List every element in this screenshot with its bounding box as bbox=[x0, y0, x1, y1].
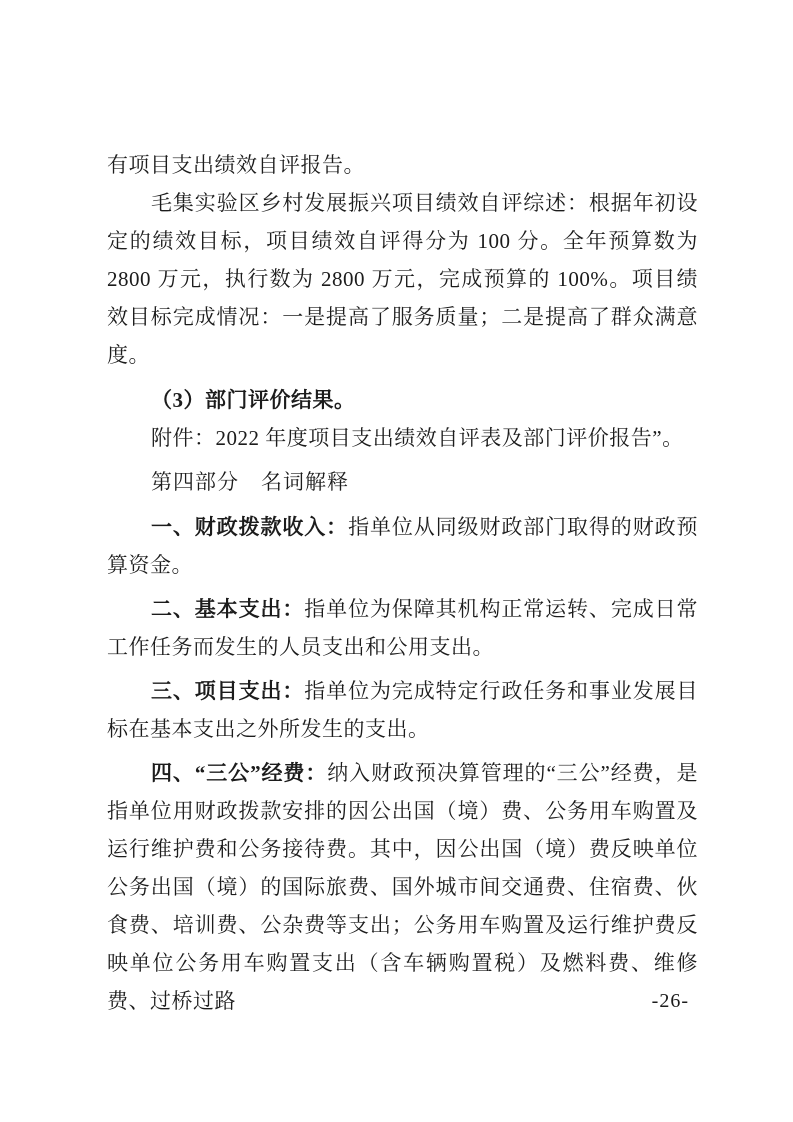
term-label: 二、基本支出： bbox=[151, 597, 304, 621]
page-number: -26- bbox=[652, 990, 689, 1013]
term-project-expenditure: 三、项目支出：指单位为完成特定行政任务和事业发展目标在基本支出之外所发生的支出。 bbox=[107, 672, 698, 748]
paragraph-self-eval-summary: 毛集实验区乡村发展振兴项目绩效自评综述：根据年初设定的绩效目标，项目绩效自评得分… bbox=[107, 184, 698, 374]
paragraph-continuation: 有项目支出绩效自评报告。 bbox=[107, 146, 698, 184]
term-three-public-funds: 四、“三公”经费：纳入财政预决算管理的“三公”经费，是指单位用财政拨款安排的因公… bbox=[107, 754, 698, 1020]
paragraph-attachment: 附件：2022 年度项目支出绩效自评表及部门评价报告”。 bbox=[107, 419, 698, 457]
document-page: 有项目支出绩效自评报告。 毛集实验区乡村发展振兴项目绩效自评综述：根据年初设定的… bbox=[0, 0, 793, 1122]
section-heading-part4-glossary: 第四部分 名词解释 bbox=[107, 464, 698, 502]
term-basic-expenditure: 二、基本支出：指单位为保障其机构正常运转、完成日常工作任务而发生的人员支出和公用… bbox=[107, 590, 698, 666]
term-fiscal-appropriation-income: 一、财政拨款收入：指单位从同级财政部门取得的财政预算资金。 bbox=[107, 508, 698, 584]
term-label: 三、项目支出： bbox=[151, 679, 304, 703]
heading-dept-evaluation-result: （3）部门评价结果。 bbox=[107, 381, 698, 419]
term-label: 一、财政拨款收入： bbox=[151, 515, 348, 539]
term-label: 四、“三公”经费： bbox=[151, 761, 327, 785]
term-definition: 纳入财政预决算管理的“三公”经费，是指单位用财政拨款安排的因公出国（境）费、公务… bbox=[107, 761, 698, 1013]
